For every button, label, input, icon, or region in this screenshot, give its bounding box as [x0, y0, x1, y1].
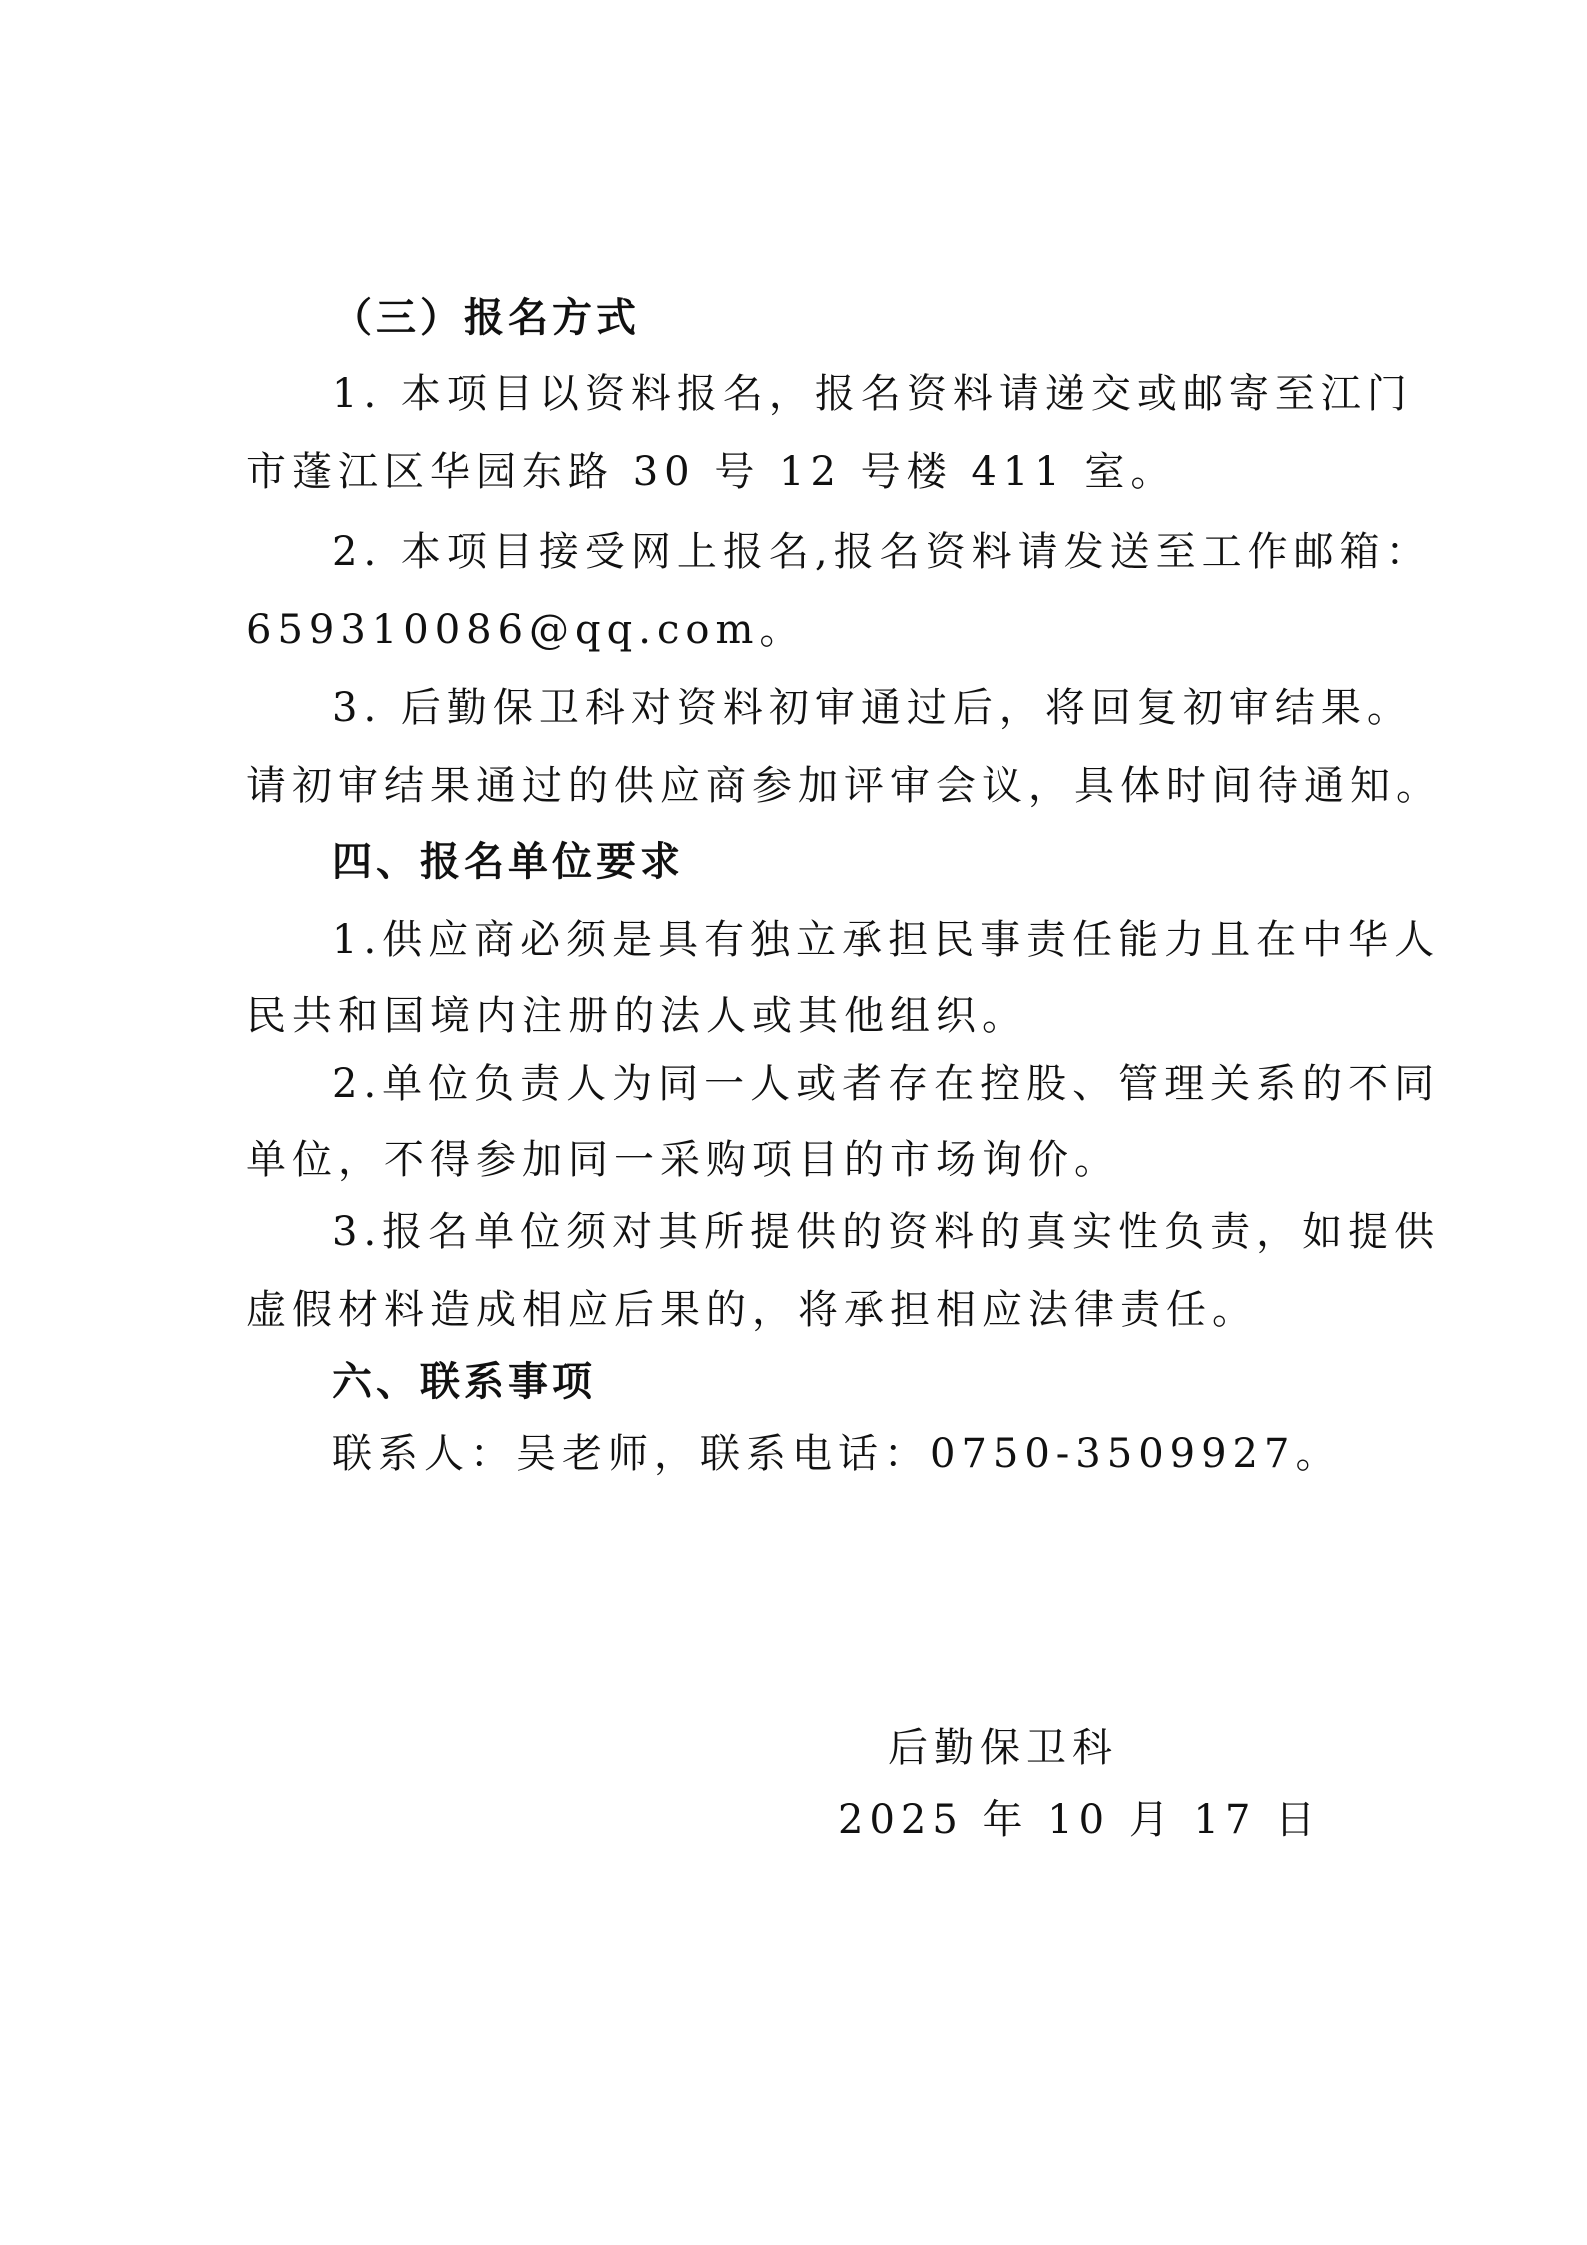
- section-3-item-3-line-2: 请初审结果通过的供应商参加评审会议，具体时间待通知。: [246, 766, 1356, 806]
- section-4-item-1-line-2: 民共和国境内注册的法人或其他组织。: [246, 996, 1356, 1036]
- section-3-item-1-line-2: 市蓬江区华园东路 30 号 12 号楼 411 室。: [246, 452, 1356, 492]
- section-3-item-3-line-1: 3. 后勤保卫科对资料初审通过后，将回复初审结果。: [332, 688, 1442, 728]
- document-page: （三）报名方式 1. 本项目以资料报名，报名资料请递交或邮寄至江门 市蓬江区华园…: [0, 0, 1587, 2245]
- section-4-item-3-line-1: 3.报名单位须对其所提供的资料的真实性负责，如提供: [332, 1212, 1442, 1252]
- signature-department: 后勤保卫科: [888, 1728, 1118, 1768]
- section-4-item-2-line-2: 单位，不得参加同一采购项目的市场询价。: [246, 1140, 1356, 1180]
- section-4-item-3-line-2: 虚假材料造成相应后果的，将承担相应法律责任。: [246, 1290, 1356, 1330]
- section-6-heading: 六、联系事项: [332, 1362, 1442, 1402]
- section-4-heading: 四、报名单位要求: [332, 842, 1442, 882]
- section-3-heading: （三）报名方式: [332, 298, 1442, 338]
- section-3-item-2-line-1: 2. 本项目接受网上报名,报名资料请发送至工作邮箱：: [332, 532, 1442, 572]
- section-3-item-2-line-2: 659310086@qq.com。: [246, 610, 1356, 650]
- section-4-item-2-line-1: 2.单位负责人为同一人或者存在控股、管理关系的不同: [332, 1064, 1442, 1104]
- section-3-item-1-line-1: 1. 本项目以资料报名，报名资料请递交或邮寄至江门: [332, 374, 1442, 414]
- section-4-item-1-line-1: 1.供应商必须是具有独立承担民事责任能力且在中华人: [332, 920, 1442, 960]
- contact-line: 联系人：吴老师，联系电话：0750-3509927。: [332, 1434, 1442, 1474]
- signature-date: 2025 年 10 月 17 日: [838, 1800, 1321, 1840]
